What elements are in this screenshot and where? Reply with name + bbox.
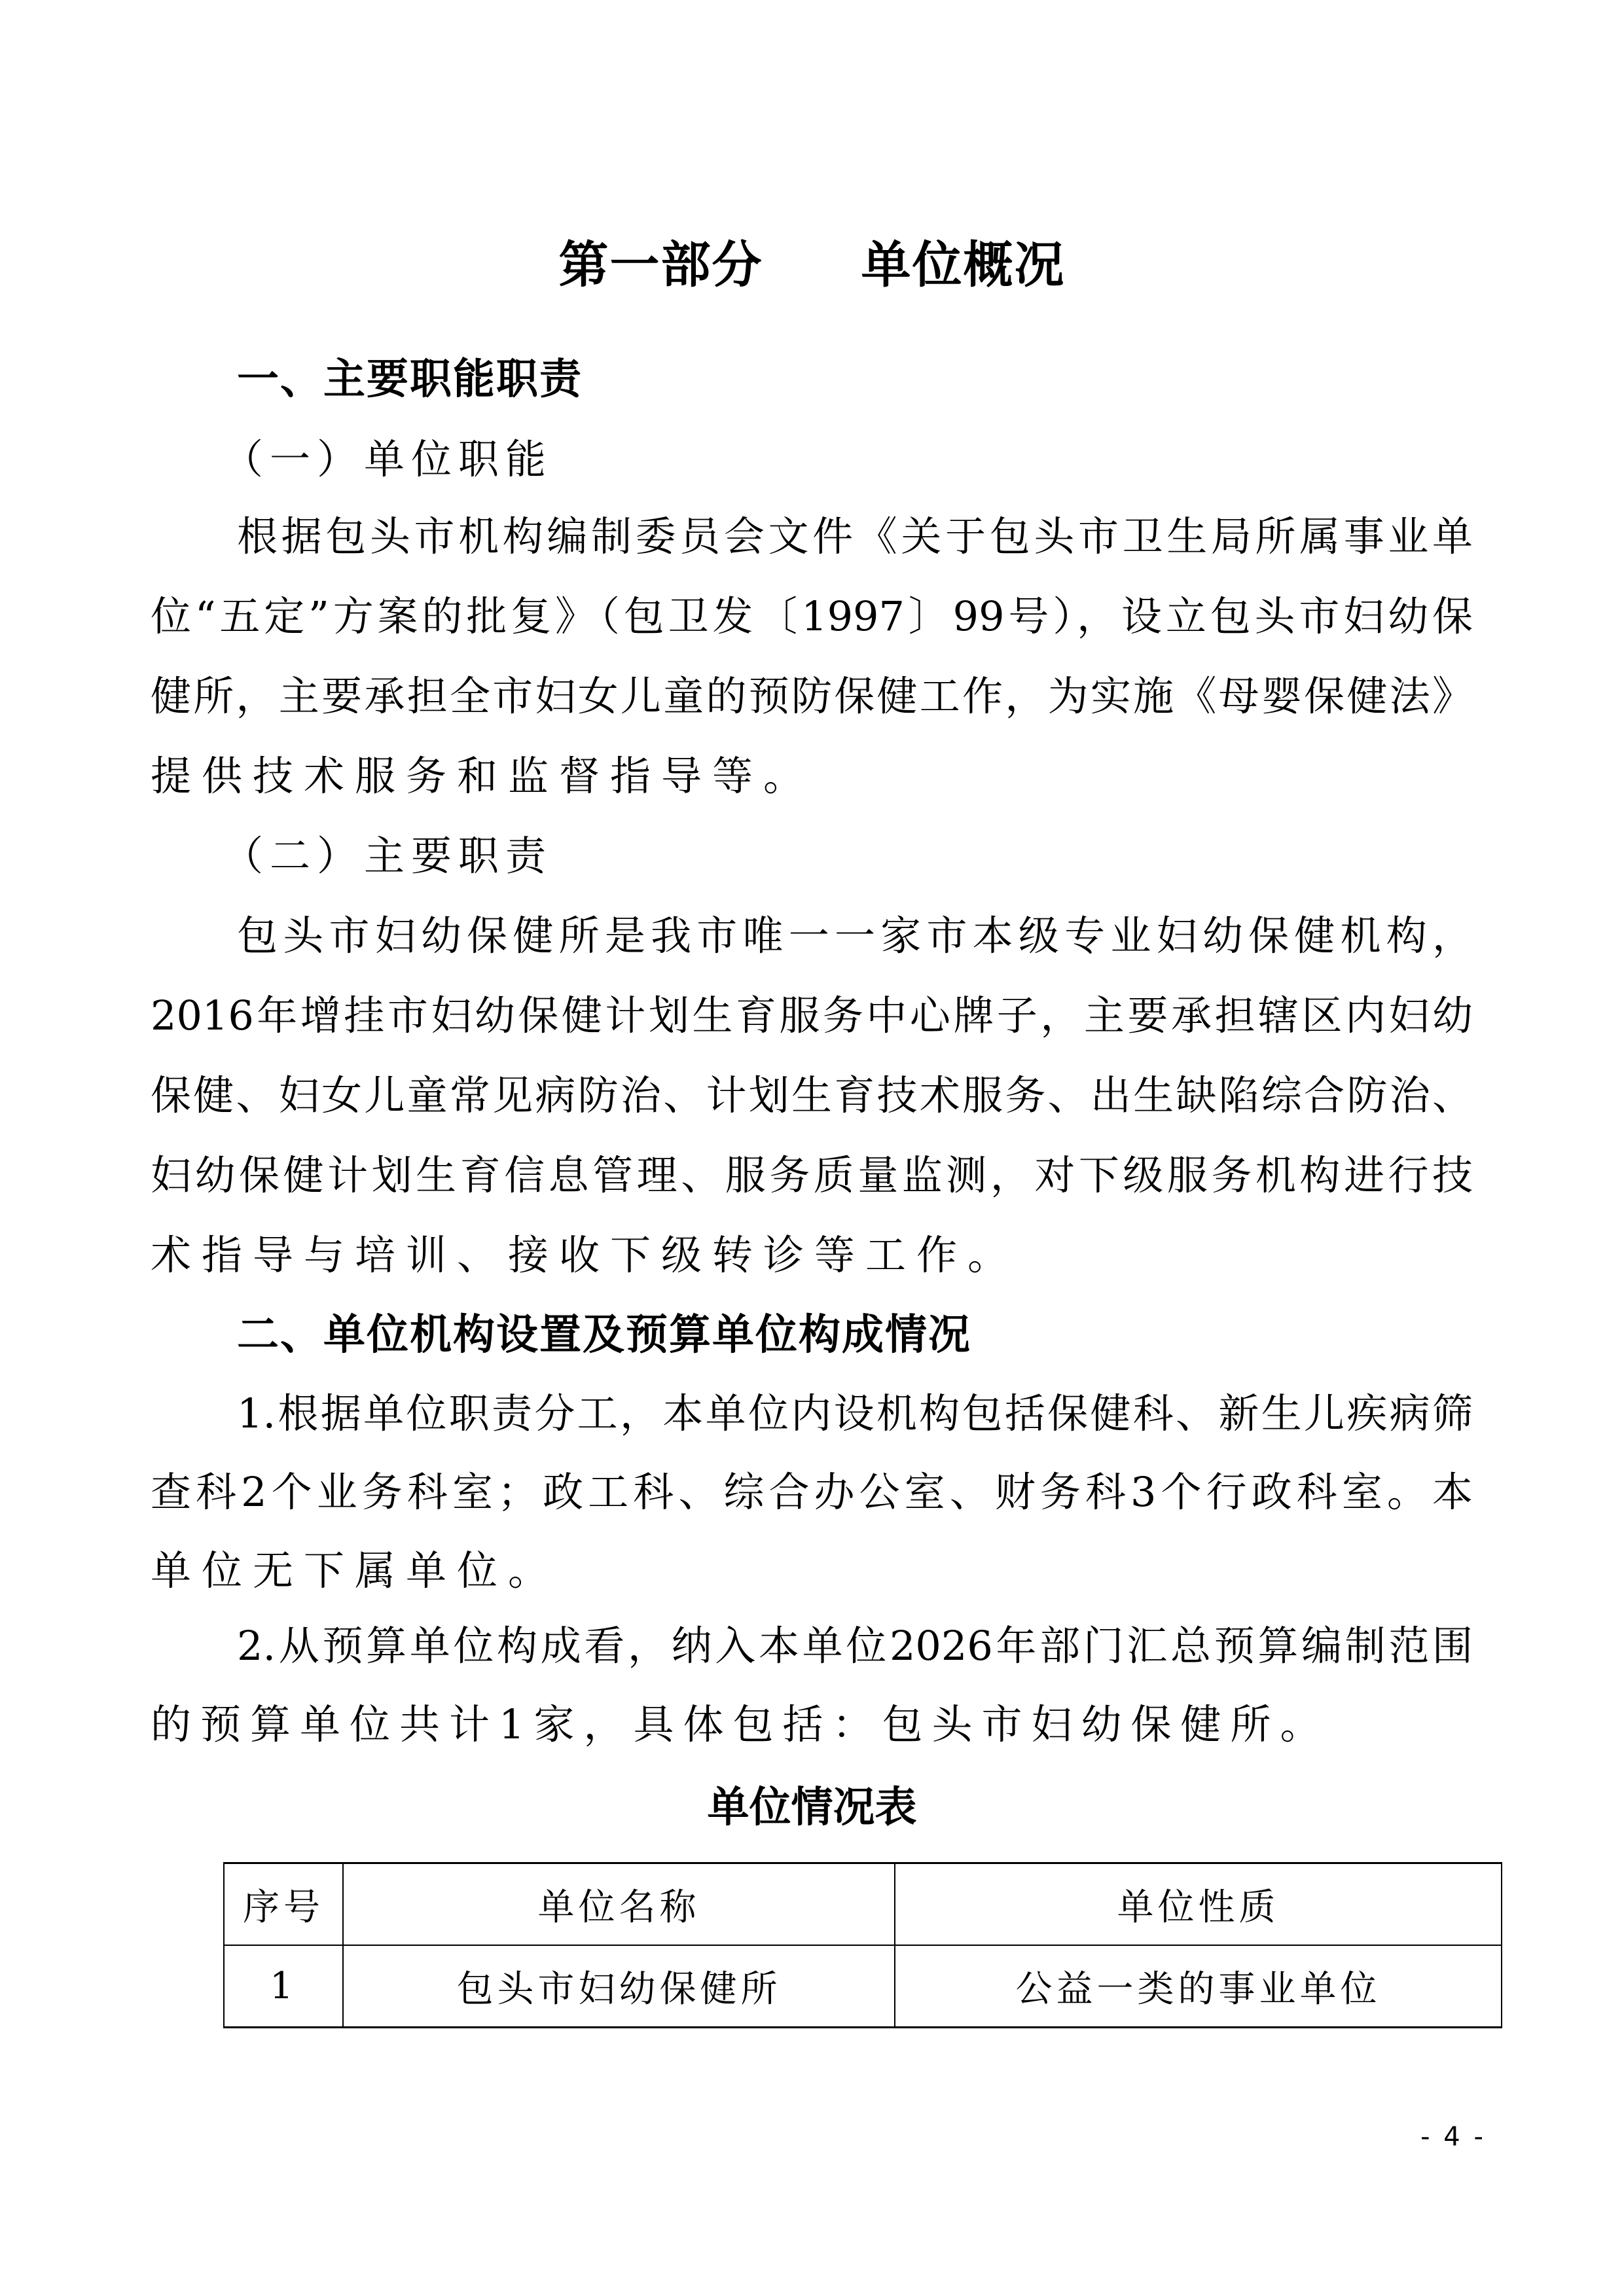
cell-unit-nature: 公益一类的事业单位 <box>895 1945 1502 2028</box>
table-header-row: 序号 单位名称 单位性质 <box>224 1863 1502 1946</box>
table-row: 1 包头市妇幼保健所 公益一类的事业单位 <box>224 1945 1502 2028</box>
title-name: 单位概况 <box>861 236 1066 294</box>
page-number: - 4 - <box>1407 2114 1499 2160</box>
paragraph-line: 查科2个业务科室；政工科、综合办公室、财务科3个行政科室。本 <box>151 1460 1473 1525</box>
cell-unit-name: 包头市妇幼保健所 <box>343 1945 895 2028</box>
column-header-unit-name: 单位名称 <box>343 1863 895 1946</box>
column-header-unit-nature: 单位性质 <box>895 1863 1502 1946</box>
paragraph-line: 2016年增挂市妇幼保健计划生育服务中心牌子，主要承担辖区内妇幼 <box>151 983 1473 1049</box>
page-title: 第一部分单位概况 <box>0 236 1624 295</box>
paragraph-line: 保健、妇女儿童常见病防治、计划生育技术服务、出生缺陷综合防治、 <box>151 1063 1473 1128</box>
section-heading-2: 二、单位机构设置及预算单位构成情况 <box>237 1302 1473 1368</box>
paragraph-line: 提供技术服务和监督指导等。 <box>151 744 1473 809</box>
document-page: 第一部分单位概况 一、主要职能职责 （一）单位职能 根据包头市机构编制委员会文件… <box>0 0 1624 2296</box>
paragraph-line: 根据包头市机构编制委员会文件《关于包头市卫生局所属事业单 <box>237 504 1473 569</box>
paragraph-line: 1.根据单位职责分工，本单位内设机构包括保健科、新生儿疾病筛 <box>237 1381 1473 1446</box>
paragraph-line: 健所，主要承担全市妇女儿童的预防保健工作，为实施《母婴保健法》 <box>151 664 1473 729</box>
paragraph-line: 单位无下属单位。 <box>151 1538 1473 1604</box>
paragraph-line: 位“五定”方案的批复》（包卫发〔1997〕99号），设立包头市妇幼保 <box>151 584 1473 649</box>
cell-index: 1 <box>224 1945 343 2028</box>
paragraph-line: 妇幼保健计划生育信息管理、服务质量监测，对下级服务机构进行技 <box>151 1143 1473 1208</box>
paragraph-line: 2.从预算单位构成看，纳入本单位2026年部门汇总预算编制范围 <box>237 1613 1473 1679</box>
unit-info-table: 序号 单位名称 单位性质 1 包头市妇幼保健所 公益一类的事业单位 <box>223 1862 1502 2028</box>
table-caption: 单位情况表 <box>0 1775 1624 1840</box>
paragraph-line: 术指导与培训、接收下级转诊等工作。 <box>151 1223 1473 1288</box>
subsection-heading-unit-functions: （一）单位职能 <box>223 427 1458 492</box>
paragraph-line: 包头市妇幼保健所是我市唯一一家市本级专业妇幼保健机构， <box>237 903 1473 969</box>
column-header-index: 序号 <box>224 1863 343 1946</box>
section-heading-1: 一、主要职能职责 <box>237 347 1473 412</box>
title-part: 第一部分 <box>559 236 763 294</box>
paragraph-line: 的预算单位共计1家，具体包括：包头市妇幼保健所。 <box>151 1692 1473 1757</box>
subsection-heading-main-duties: （二）主要职责 <box>223 823 1458 889</box>
